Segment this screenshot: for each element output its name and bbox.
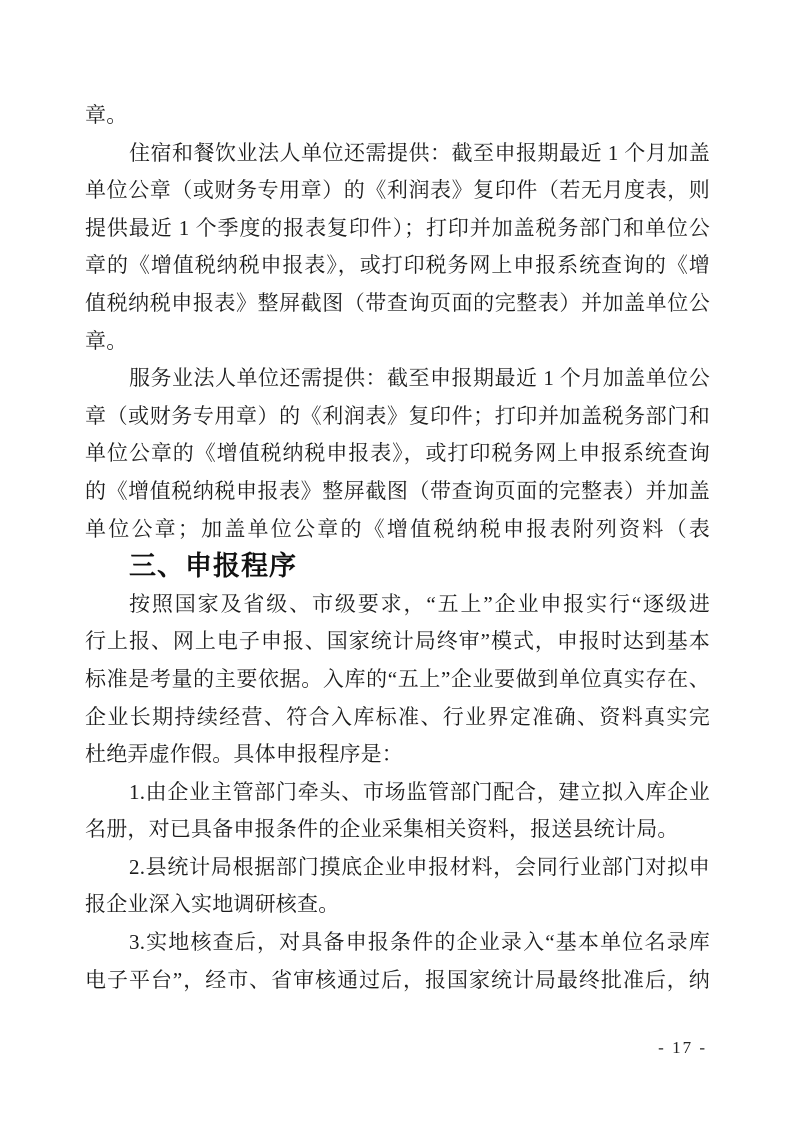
text-line: 电子平台”，经市、省审核通过后，报国家统计局最终批准后，纳 — [85, 962, 710, 1000]
text-line: 单位公章；加盖单位公章的《增值税纳税申报表附列资料（表一）》。 — [85, 511, 710, 549]
text-line: 章（或财务专用章）的《利润表》复印件；打印并加盖税务部门和 — [85, 398, 710, 436]
text-line: 3.实地核查后，对具备申报条件的企业录入“基本单位名录库 — [85, 924, 710, 962]
text-line: 服务业法人单位还需提供：截至申报期最近 1 个月加盖单位公 — [85, 360, 710, 398]
document-page: 章。 住宿和餐饮业法人单位还需提供：截至申报期最近 1 个月加盖 单位公章（或财… — [0, 0, 793, 1122]
text-line: 标准是考量的主要依据。入库的“五上”企业要做到单位真实存在、 — [85, 661, 710, 699]
text-line: 杜绝弄虚作假。具体申报程序是： — [85, 736, 710, 774]
text-line: 报企业深入实地调研核查。 — [85, 886, 710, 924]
text-line: 值税纳税申报表》整屏截图（带查询页面的完整表）并加盖单位公 — [85, 285, 710, 323]
text-line: 的《增值税纳税申报表》整屏截图（带查询页面的完整表）并加盖 — [85, 473, 710, 511]
page-number: - 17 - — [658, 1038, 707, 1058]
text-line: 按照国家及省级、市级要求，“五上”企业申报实行“逐级进 — [85, 586, 710, 624]
text-line: 章。 — [85, 97, 710, 135]
text-line: 行上报、网上电子申报、国家统计局终审”模式，申报时达到基本 — [85, 623, 710, 661]
text-line: 提供最近 1 个季度的报表复印件）；打印并加盖税务部门和单位公 — [85, 210, 710, 248]
text-line: 企业长期持续经营、符合入库标准、行业界定准确、资料真实完备， — [85, 699, 710, 737]
text-line: 单位公章的《增值税纳税申报表》，或打印税务网上申报系统查询 — [85, 435, 710, 473]
document-body: 章。 住宿和餐饮业法人单位还需提供：截至申报期最近 1 个月加盖 单位公章（或财… — [85, 97, 710, 999]
text-line: 住宿和餐饮业法人单位还需提供：截至申报期最近 1 个月加盖 — [85, 135, 710, 173]
text-line: 单位公章（或财务专用章）的《利润表》复印件（若无月度表，则 — [85, 172, 710, 210]
text-line: 章。 — [85, 323, 710, 361]
section-heading: 三、申报程序 — [85, 548, 710, 586]
text-line: 2.县统计局根据部门摸底企业申报材料，会同行业部门对拟申 — [85, 849, 710, 887]
text-line: 1.由企业主管部门牵头、市场监管部门配合，建立拟入库企业 — [85, 774, 710, 812]
text-line: 章的《增值税纳税申报表》，或打印税务网上申报系统查询的《增 — [85, 247, 710, 285]
text-line: 名册，对已具备申报条件的企业采集相关资料，报送县统计局。 — [85, 811, 710, 849]
